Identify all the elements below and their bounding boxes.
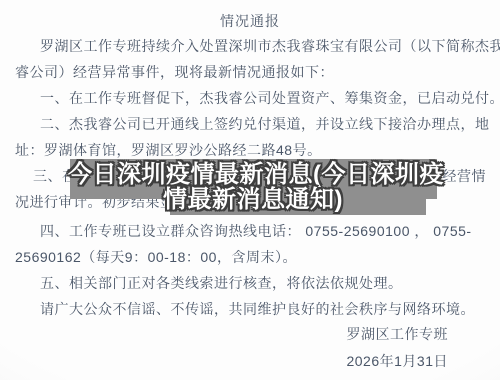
signature-date: 2026年1月31日 — [15, 351, 448, 371]
body-line: 四、工作专班已设立群众咨询热线电话： 0755-25690100 ， 0755- — [15, 223, 490, 240]
body-line: 五、相关部门正对各类线索进行核查，将依法依规处理。 — [15, 275, 490, 292]
body-line: 二、杰我睿公司已开通线上签约兑付渠道，并设立线下接洽办理点，地 — [15, 116, 490, 133]
body-line: 请广大公众不信谣、不传谣，共同维护良好的社会秩序与网络环境。 — [15, 301, 490, 318]
body-line: 一、在工作专班督促下，杰我睿公司处置资产、筹集资金，已启动兑付。 — [15, 90, 490, 107]
overlay-title-line1: 今日深圳疫情最新消息(今日深圳疫 — [68, 162, 438, 187]
notice-document: 情况通报 罗湖区工作专班持续介入处置深圳市杰我睿珠宝有限公司（以下简称杰我 睿公… — [0, 0, 500, 380]
overlay-title: 今日深圳疫情最新消息(今日深圳疫 情最新消息通知) — [68, 162, 438, 212]
body-line: 址：罗湖体育馆，罗湖区罗沙公路经二路48号。 — [15, 142, 490, 159]
document-title: 情况通报 — [0, 11, 500, 31]
overlay-title-line2: 情最新消息通知) — [68, 187, 438, 212]
body-line: 睿公司）经营异常事件，现将最新情况通报如下： — [15, 64, 490, 81]
body-line-right-segment: 经营情 — [443, 168, 487, 185]
signature-name: 罗湖区工作专班 — [15, 324, 448, 344]
body-line: 25690162（每天9：00-18：00，含周末）。 — [15, 249, 490, 266]
body-line: 罗湖区工作专班持续介入处置深圳市杰我睿珠宝有限公司（以下简称杰我 — [15, 38, 490, 55]
